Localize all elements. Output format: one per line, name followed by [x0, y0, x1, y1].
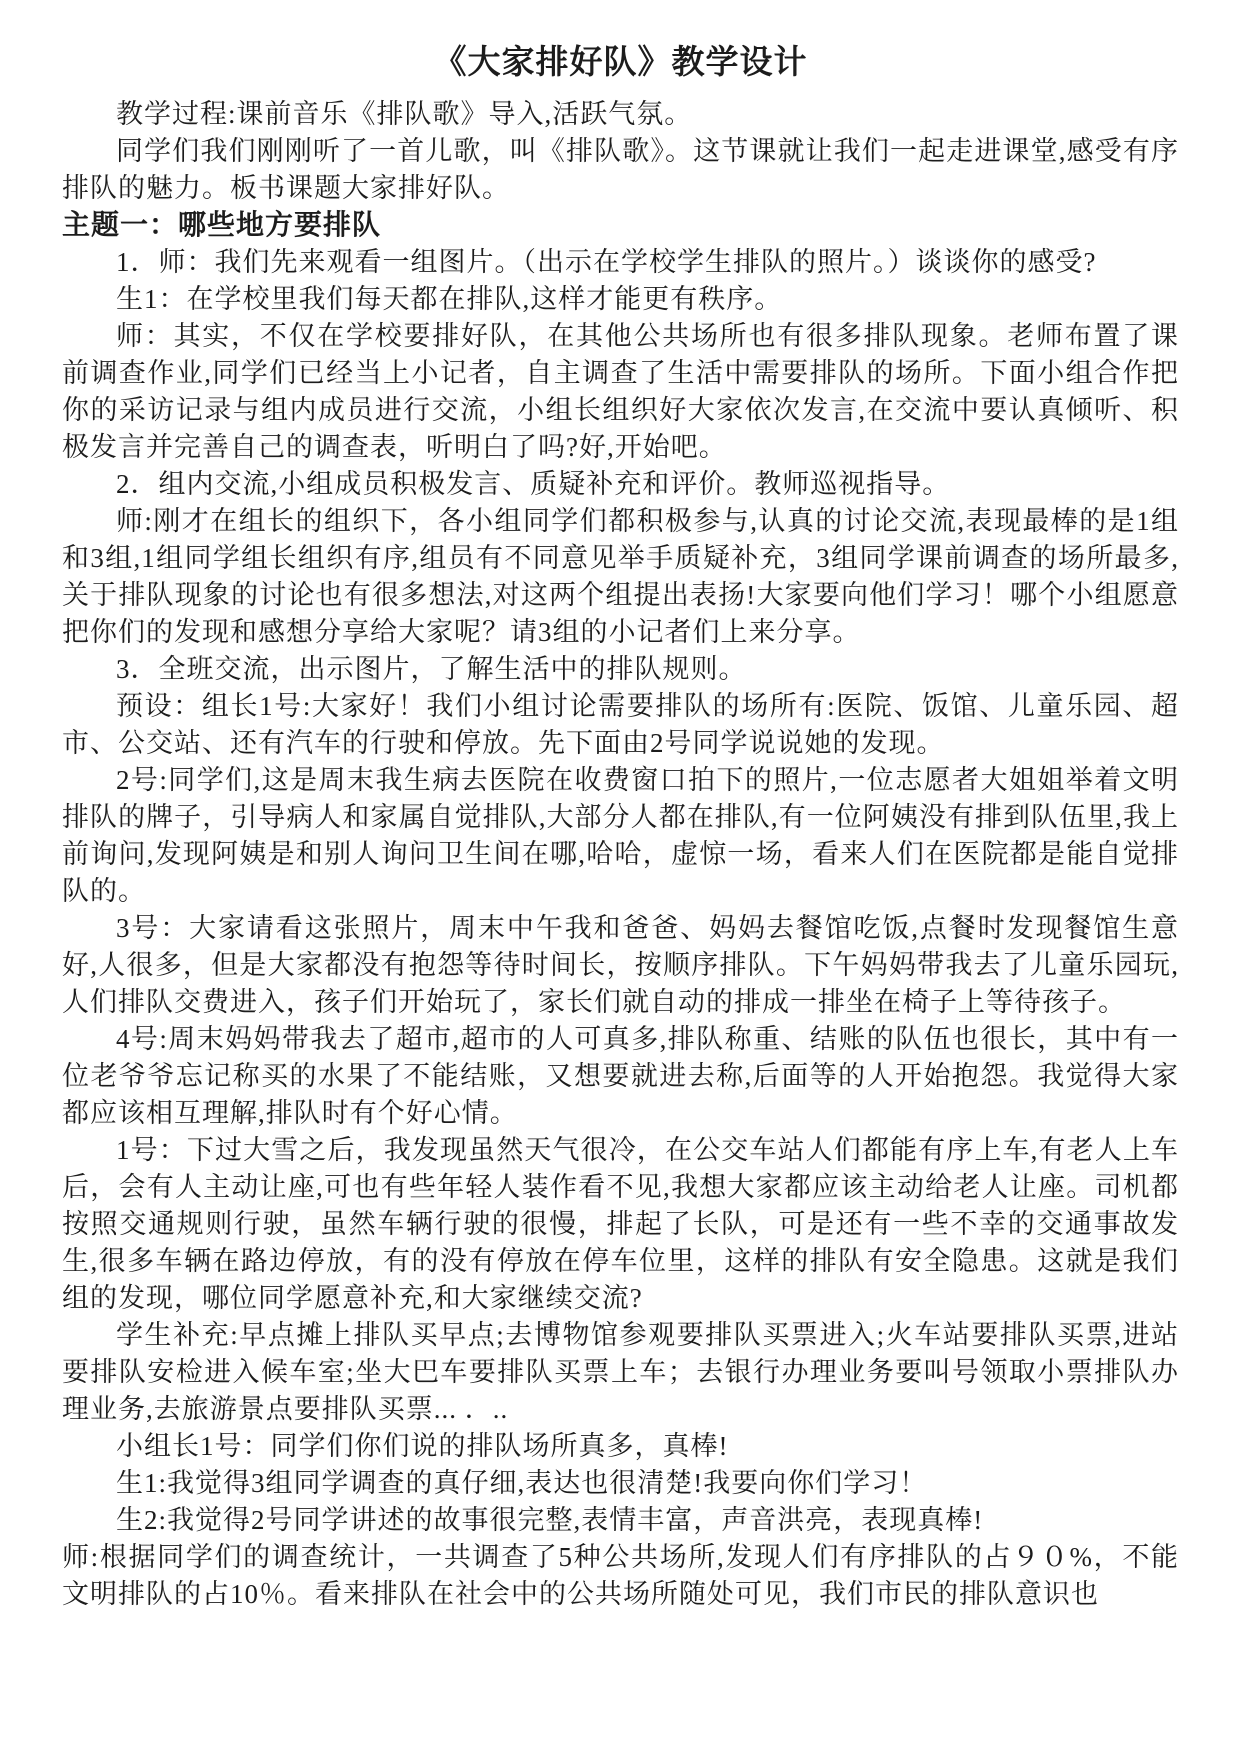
paragraph: 3号：大家请看这张照片，周末中午我和爸爸、妈妈去餐馆吃饭,点餐时发现餐馆生意好,…: [62, 910, 1179, 1021]
document-page: 《大家排好队》教学设计 教学过程:课前音乐《排队歌》导入,活跃气氛。同学们我们刚…: [0, 0, 1241, 1754]
section-heading: 主题一：哪些地方要排队: [62, 207, 1179, 244]
paragraph: 同学们我们刚刚听了一首儿歌，叫《排队歌》。这节课就让我们一起走进课堂,感受有序排…: [62, 133, 1179, 207]
paragraph: 2号:同学们,这是周末我生病去医院在收费窗口拍下的照片,一位志愿者大姐姐举着文明…: [62, 762, 1179, 910]
paragraph: 3．全班交流，出示图片，了解生活中的排队规则。: [62, 651, 1179, 688]
paragraph: 生1：在学校里我们每天都在排队,这样才能更有秩序。: [62, 281, 1179, 318]
paragraph: 1．师：我们先来观看一组图片。（出示在学校学生排队的照片。）谈谈你的感受?: [62, 244, 1179, 281]
paragraph: 教学过程:课前音乐《排队歌》导入,活跃气氛。: [62, 96, 1179, 133]
paragraph: 预设：组长1号:大家好！我们小组讨论需要排队的场所有:医院、饭馆、儿童乐园、超市…: [62, 688, 1179, 762]
paragraph: 师:刚才在组长的组织下，各小组同学们都积极参与,认真的讨论交流,表现最棒的是1组…: [62, 503, 1179, 651]
paragraph: 师:根据同学们的调查统计，一共调查了5种公共场所,发现人们有序排队的占９０%，不…: [62, 1539, 1179, 1613]
paragraph: 师：其实，不仅在学校要排好队，在其他公共场所也有很多排队现象。老师布置了课前调查…: [62, 318, 1179, 466]
paragraph: 小组长1号：同学们你们说的排队场所真多，真棒!: [62, 1428, 1179, 1465]
document-body: 教学过程:课前音乐《排队歌》导入,活跃气氛。同学们我们刚刚听了一首儿歌，叫《排队…: [62, 96, 1179, 1613]
paragraph: 生2:我觉得2号同学讲述的故事很完整,表情丰富，声音洪亮，表现真棒!: [62, 1502, 1179, 1539]
document-title: 《大家排好队》教学设计: [62, 40, 1179, 86]
paragraph: 学生补充:早点摊上排队买早点;去博物馆参观要排队买票进入;火车站要排队买票,进站…: [62, 1317, 1179, 1428]
paragraph: 4号:周末妈妈带我去了超市,超市的人可真多,排队称重、结账的队伍也很长，其中有一…: [62, 1021, 1179, 1132]
paragraph: 2．组内交流,小组成员积极发言、质疑补充和评价。教师巡视指导。: [62, 466, 1179, 503]
paragraph: 生1:我觉得3组同学调查的真仔细,表达也很清楚!我要向你们学习！: [62, 1465, 1179, 1502]
paragraph: 1号：下过大雪之后，我发现虽然天气很冷，在公交车站人们都能有序上车,有老人上车后…: [62, 1132, 1179, 1317]
